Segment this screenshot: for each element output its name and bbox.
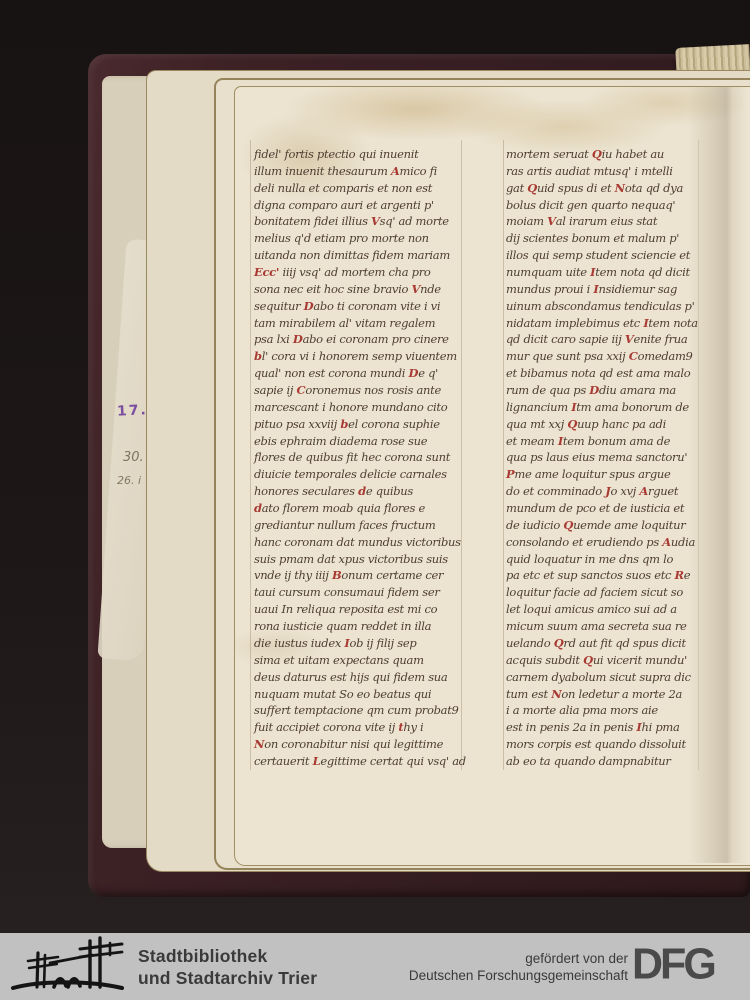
rubric-initial: b: [254, 349, 262, 363]
rubric-initial: t: [398, 720, 403, 734]
marginal-number-purple: 17.: [117, 402, 149, 420]
manuscript-text-line: micum suum ama secreta sua re: [506, 618, 708, 635]
manuscript-text-line: uaui In reliqua reposita est mi co: [254, 601, 464, 618]
manuscript-text-line: qua mt xxj Quup hanc pa adi: [506, 416, 708, 433]
text-column-left: fidel' fortis ptectio qui inuenitillum i…: [254, 146, 464, 770]
manuscript-text-line: mundum de pco et de iusticia et: [506, 500, 708, 517]
manuscript-text-line: Pme ame loquitur spus argue: [506, 466, 708, 483]
manuscript-text-line: taui cursum consumaui fidem ser: [254, 584, 464, 601]
rubric-initial: V: [371, 214, 380, 228]
rubric-initial: I: [344, 636, 349, 650]
rubric-initial: I: [571, 400, 576, 414]
manuscript-text-line: fidel' fortis ptectio qui inuenit: [254, 146, 464, 163]
rubric-initial: N: [254, 737, 264, 751]
manuscript-text-line: ebis ephraim diadema rose sue: [254, 433, 464, 450]
manuscript-text-line: vnde ij thy iiij Bonum certame cer: [254, 567, 464, 584]
manuscript-text-line: grediantur nullum faces fructum: [254, 517, 464, 534]
manuscript-text-line: Ecc' iiij vsq' ad mortem cha pro: [254, 264, 464, 281]
rubric-initial: L: [313, 754, 321, 768]
manuscript-text-line: nuquam mutat So eo beatus qui: [254, 686, 464, 703]
rubric-initial: I: [636, 720, 641, 734]
manuscript-text-line: et bibamus nota qd est ama malo: [506, 365, 708, 382]
rubric-initial: A: [639, 484, 648, 498]
rubric-initial: Q: [554, 636, 564, 650]
manuscript-photo: fidel' fortis ptectio qui inuenitillum i…: [0, 0, 750, 1000]
rubric-initial: Q: [567, 417, 577, 431]
manuscript-text-line: qd dicit caro sapie iij Venite frua: [506, 331, 708, 348]
manuscript-text-line: certauerit Legittime certat qui vsq' ad: [254, 753, 464, 770]
manuscript-text-line: diuicie temporales delicie carnales: [254, 466, 464, 483]
rubric-initial: Q: [583, 653, 593, 667]
manuscript-text-line: numquam uite Item nota qd dicit: [506, 264, 708, 281]
manuscript-text-line: pa etc et sup sanctos suos etc Re: [506, 567, 708, 584]
manuscript-text-line: die iustus iudex Iob ij filij sep: [254, 635, 464, 652]
manuscript-text-line: mur que sunt psa xxij Comedam9: [506, 348, 708, 365]
manuscript-text-line: ras artis audiat mtusq' i mtelli: [506, 163, 708, 180]
manuscript-text-line: qua ps laus eius mema sanctoru': [506, 449, 708, 466]
manuscript-text-line: melius q'd etiam pro morte non: [254, 230, 464, 247]
rubric-initial: I: [590, 265, 595, 279]
rubric-initial: I: [593, 282, 598, 296]
manuscript-text-line: acquis subdit Qui vicerit mundu': [506, 652, 708, 669]
manuscript-text-line: moiam Val irarum eius stat: [506, 213, 708, 230]
rubric-initial: J: [605, 484, 610, 498]
rubric-initial: Q: [563, 518, 573, 532]
manuscript-text-line: consolando et erudiendo ps Audia: [506, 534, 708, 551]
manuscript-text-line: mors corpis est quando dissoluit: [506, 736, 708, 753]
manuscript-text-line: mortem seruat Qiu habet au: [506, 146, 708, 163]
manuscript-text-line: pituo psa xxviij bel corona suphie: [254, 416, 464, 433]
trier-library-logo-icon: [10, 935, 126, 997]
rubric-initial: V: [547, 214, 556, 228]
rubric-initial: A: [662, 535, 671, 549]
rubric-initial: V: [625, 332, 634, 346]
rubric-initial: d: [254, 501, 262, 515]
manuscript-text-line: bolus dicit gen quarto nequaq': [506, 197, 708, 214]
manuscript-text-line: dij scientes bonum et malum p': [506, 230, 708, 247]
manuscript-text-line: hanc coronam dat mundus victoribus: [254, 534, 464, 551]
rubric-initial: Q: [527, 181, 537, 195]
text-column-right: mortem seruat Qiu habet auras artis audi…: [506, 146, 708, 770]
manuscript-text-line: bonitatem fidei illius Vsq' ad morte: [254, 213, 464, 230]
manuscript-text-line: quid loquatur in me dns qm lo: [506, 551, 708, 568]
rubric-initial: b: [340, 417, 348, 431]
manuscript-text-line: deus daturus est hijs qui fidem sua: [254, 669, 464, 686]
manuscript-text-line: flores de quibus fit hec corona sunt: [254, 449, 464, 466]
manuscript-text-line: sima et uitam expectans quam: [254, 652, 464, 669]
rubric-initial: A: [391, 164, 400, 178]
rubric-initial: d: [358, 484, 366, 498]
marginal-number-pencil: 26. i: [117, 474, 141, 487]
manuscript-text-line: bl' cora vi i honorem semp viuentem: [254, 348, 464, 365]
rubric-initial: B: [332, 568, 341, 582]
manuscript-text-line: loquitur facie ad faciem sicut so: [506, 584, 708, 601]
digitization-banner: Stadtbibliothek und Stadtarchiv Trier ge…: [0, 933, 750, 1000]
rubric-initial: C: [629, 349, 638, 363]
manuscript-text-line: uelando Qrd aut fit qd spus dicit: [506, 635, 708, 652]
manuscript-text-line: tum est Non ledetur a morte 2a: [506, 686, 708, 703]
rubric-initial: N: [551, 687, 561, 701]
manuscript-text-line: sona nec eit hoc sine bravio Vnde: [254, 281, 464, 298]
rubric-initial: Q: [592, 147, 602, 161]
manuscript-text-line: illos qui semp student sciencie et: [506, 247, 708, 264]
library-name-line1: Stadtbibliothek: [138, 945, 317, 967]
rubric-initial: I: [643, 316, 648, 330]
manuscript-text-line: psa lxi Dabo ei coronam pro cinere: [254, 331, 464, 348]
marginal-number-pencil: 30.: [123, 450, 144, 465]
manuscript-text-line: sapie ij Coronemus nos rosis ante: [254, 382, 464, 399]
library-name-line2: und Stadtarchiv Trier: [138, 967, 317, 989]
manuscript-text-line: carnem dyabolum sicut supra dic: [506, 669, 708, 686]
funding-line1: gefördert von der: [409, 950, 628, 967]
rubric-initial: D: [409, 366, 419, 380]
manuscript-text-line: nidatam implebimus etc Item nota: [506, 315, 708, 332]
ruling-line: [250, 140, 251, 770]
manuscript-text-line: ab eo ta quando dampnabitur: [506, 753, 708, 770]
manuscript-text-line: Non coronabitur nisi qui legittime: [254, 736, 464, 753]
rubric-initial: D: [589, 383, 599, 397]
manuscript-text-line: suffert temptacione qm cum probat9: [254, 702, 464, 719]
manuscript-text-line: rum de qua ps Ddiu amara ma: [506, 382, 708, 399]
manuscript-text-line: gat Quid spus di et Nota qd dya: [506, 180, 708, 197]
manuscript-text-line: lignancium Itm ama bonorum de: [506, 399, 708, 416]
manuscript-text-line: mundus proui i Insidiemur sag: [506, 281, 708, 298]
rubric-initial: I: [558, 434, 563, 448]
rubric-initial: D: [304, 299, 314, 313]
dfg-logo: DFG: [632, 940, 744, 990]
manuscript-text-line: suis pmam dat xpus victoribus suis: [254, 551, 464, 568]
rubric-initial: V: [411, 282, 420, 296]
manuscript-text-line: dato florem moab quia flores e: [254, 500, 464, 517]
rubric-initial: P: [506, 467, 514, 481]
manuscript-text-line: rona iusticie quam reddet in illa: [254, 618, 464, 635]
manuscript-text-line: honores seculares de quibus: [254, 483, 464, 500]
library-name: Stadtbibliothek und Stadtarchiv Trier: [138, 945, 317, 989]
manuscript-text-line: sequitur Dabo ti coronam vite i vi: [254, 298, 464, 315]
manuscript-text-line: fuit accipiet corona vite ij thy i: [254, 719, 464, 736]
manuscript-text-line: est in penis 2a in penis Ihi pma: [506, 719, 708, 736]
manuscript-text-line: digna comparo auri et argenti p': [254, 197, 464, 214]
manuscript-text-line: et meam Item bonum ama de: [506, 433, 708, 450]
manuscript-text-line: uinum abscondamus tendiculas p': [506, 298, 708, 315]
manuscript-text-line: tam mirabilem al' vitam regalem: [254, 315, 464, 332]
manuscript-text-line: illum inuenit thesaurum Amico fi: [254, 163, 464, 180]
manuscript-text-line: let loqui amicus amico sui ad a: [506, 601, 708, 618]
rubric-initial: C: [296, 383, 305, 397]
funding-credit: gefördert von der Deutschen Forschungsge…: [409, 950, 628, 984]
rubric-initial: Ecc': [254, 265, 279, 279]
rubric-initial: D: [293, 332, 303, 346]
funding-line2: Deutschen Forschungsgemeinschaft: [409, 967, 628, 984]
manuscript-text-line: do et comminado Jo xvj Arguet: [506, 483, 708, 500]
manuscript-text-line: de iudicio Quemde ame loquitur: [506, 517, 708, 534]
ruling-line: [503, 140, 504, 770]
rubric-initial: N: [615, 181, 625, 195]
manuscript-text-line: deli nulla et comparis et non est: [254, 180, 464, 197]
manuscript-text-line: marcescant i honore mundano cito: [254, 399, 464, 416]
rubric-initial: R: [675, 568, 684, 582]
manuscript-text-line: uitanda non dimittas fidem mariam: [254, 247, 464, 264]
manuscript-text-line: qual' non est corona mundi De q': [254, 365, 464, 382]
manuscript-text-line: i a morte alia pma mors aie: [506, 702, 708, 719]
